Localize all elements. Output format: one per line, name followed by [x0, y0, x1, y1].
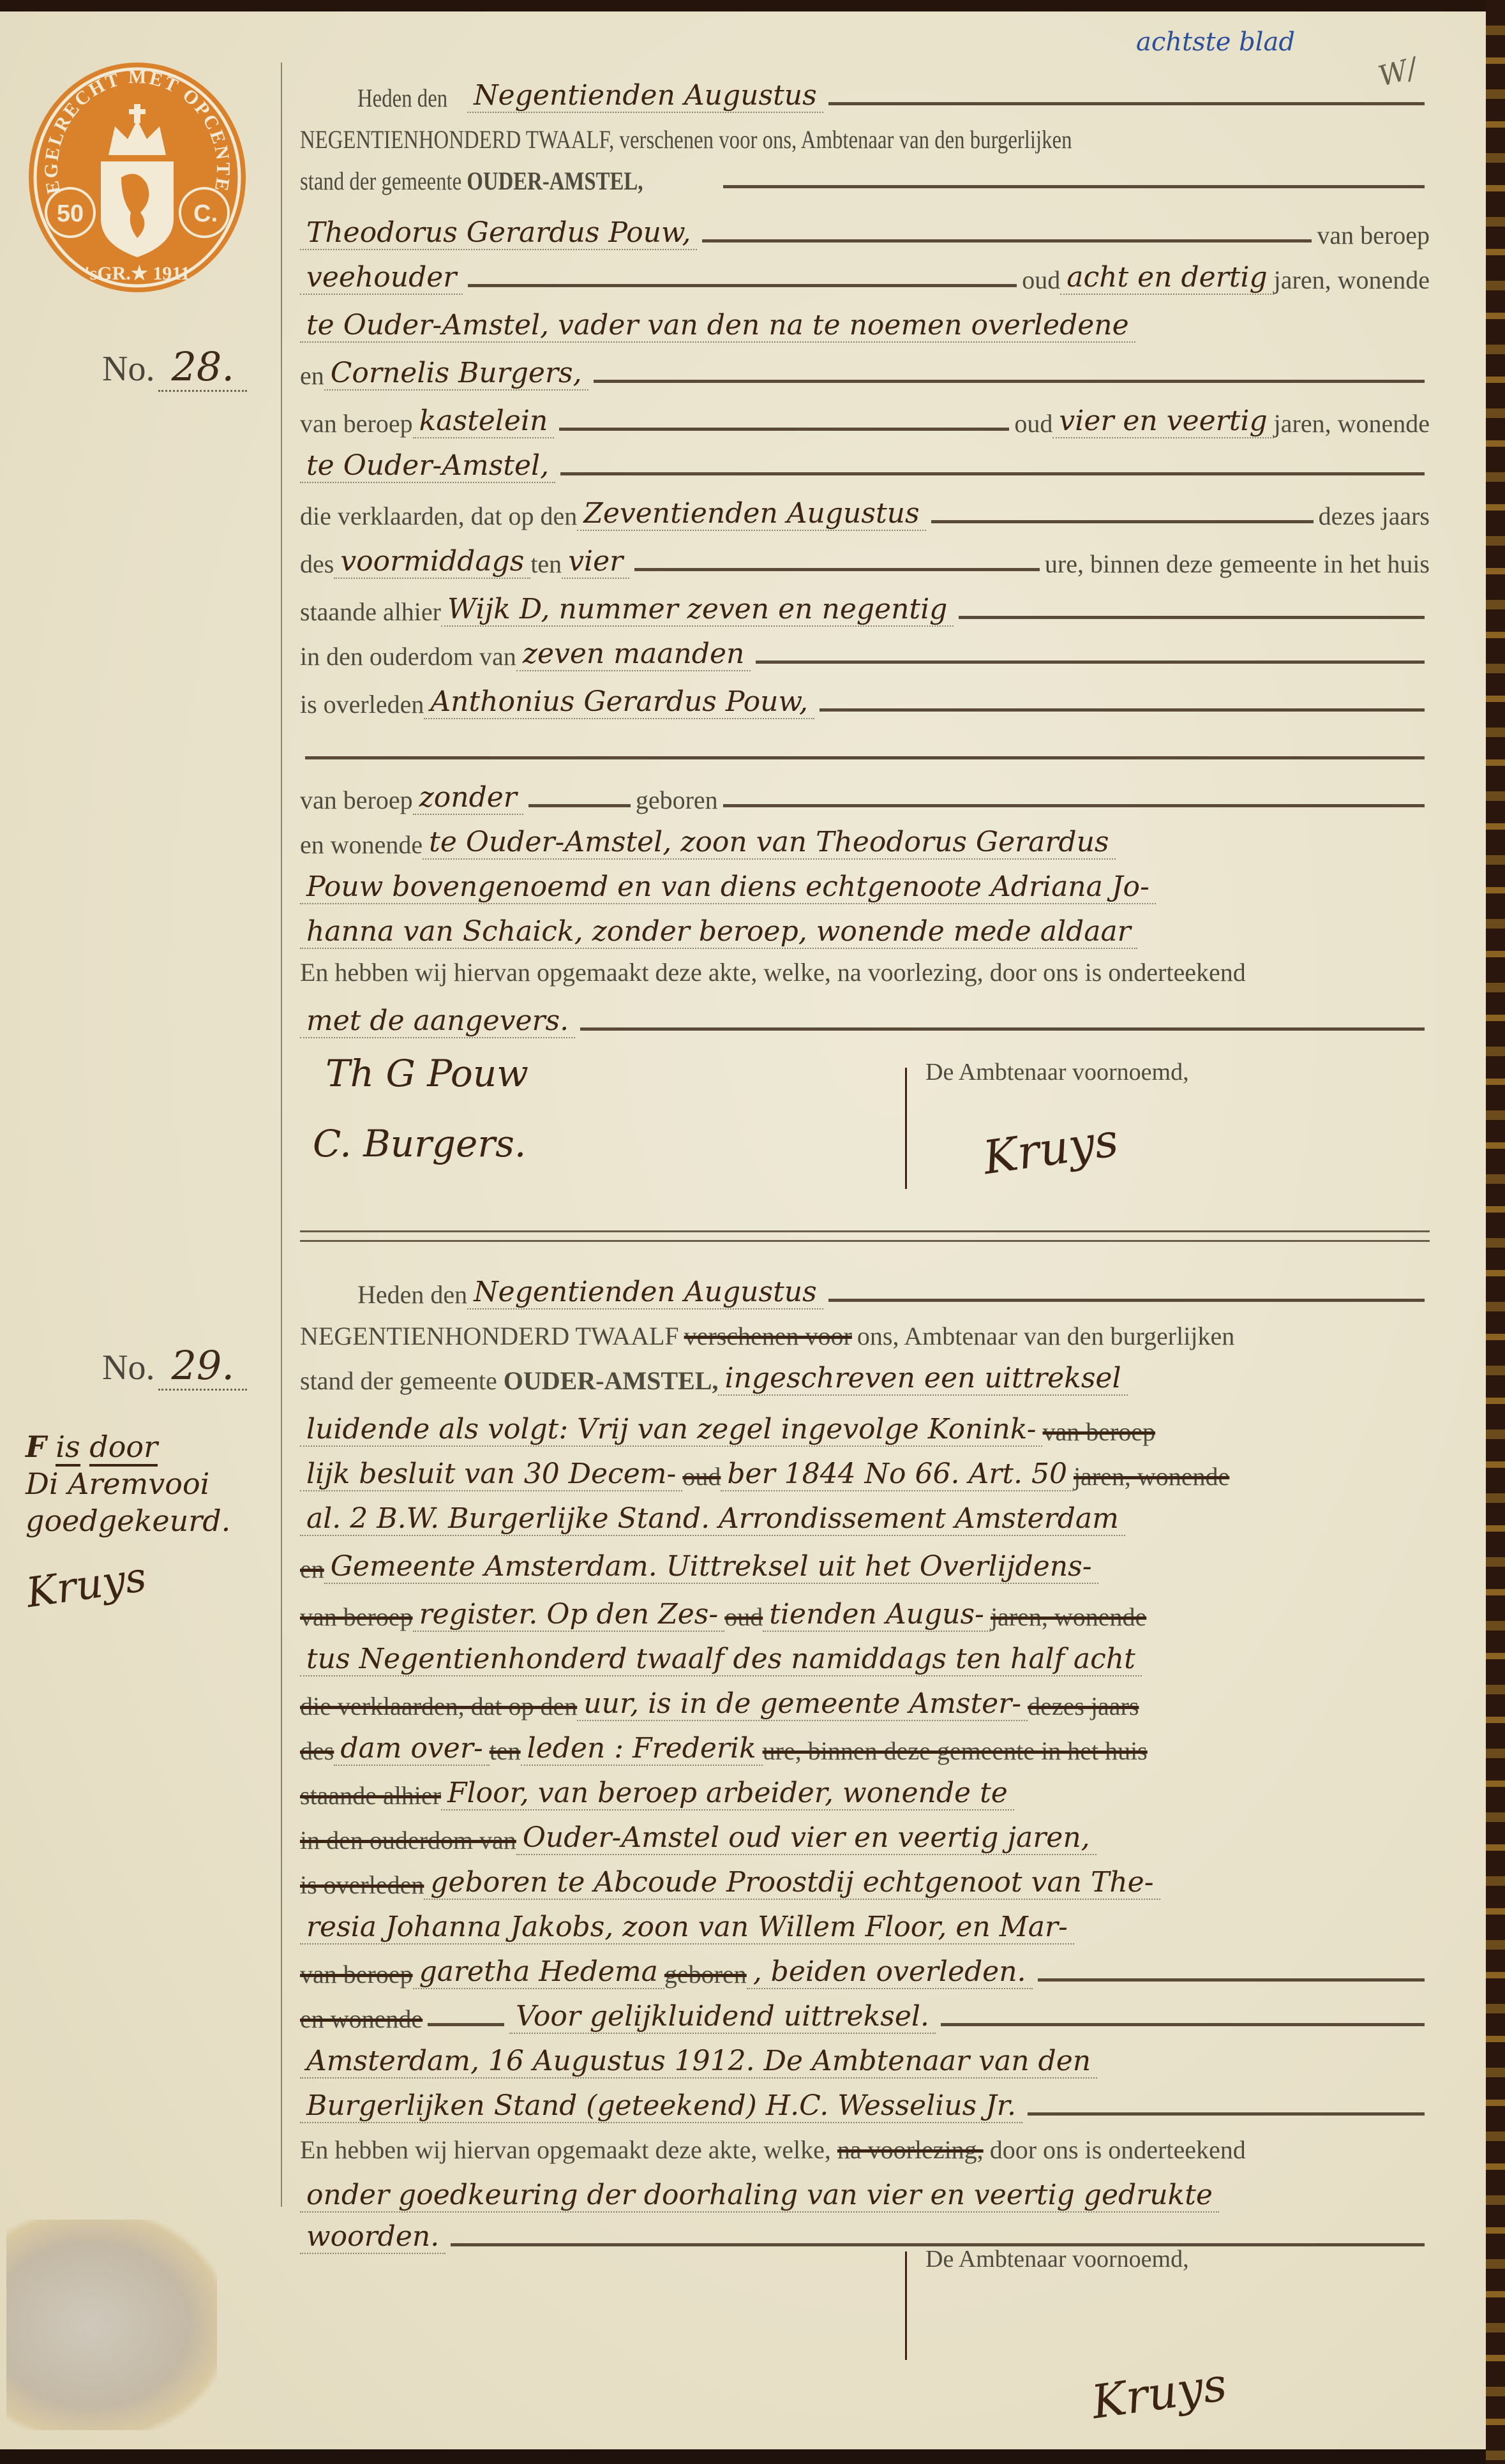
printed-text: oud	[1022, 265, 1060, 295]
printed-text: staande alhier	[300, 597, 441, 627]
r2-line-5: lijk besluit van 30 Decem- oud ber 1844 …	[300, 1444, 1430, 1491]
r2-line-gemeente: stand der gemeente OUDER-AMSTEL, ingesch…	[300, 1348, 1430, 1396]
fill-line	[305, 756, 1425, 759]
document-page: achtste blad W/ ZEGELRECHT MET OPCENTEN …	[0, 11, 1486, 2449]
record-number-28: No.28.	[102, 343, 247, 390]
r2-line-closing: En hebben wij hiervan opgemaakt deze akt…	[300, 2117, 1430, 2165]
struck-text: jaren, wonende	[1074, 1461, 1229, 1491]
r2-line-19: Burgerlijken Stand (geteekend) H.C. Wess…	[300, 2076, 1430, 2123]
handwritten-deceased-name: leden : Frederik	[521, 1732, 763, 1766]
printed-text: ons, Ambtenaar van den burgerlijken	[857, 1321, 1234, 1351]
r2-line-12: staande alhier Floor, van beroep arbeide…	[300, 1763, 1430, 1811]
r1-line-blank	[300, 720, 1430, 767]
margin-note-signature: Kruys	[24, 1542, 269, 1612]
fill-line	[723, 804, 1425, 807]
r1-line-date-death: die verklaarden, dat op den Zeventienden…	[300, 484, 1430, 531]
folio-note: achtste blad	[1136, 27, 1295, 57]
r2-line-17: en wonende Voor gelijkluidend uittreksel…	[300, 1987, 1430, 2034]
r1-line-address: staande alhier Wijk D, nummer zeven en n…	[300, 579, 1430, 627]
fill-line	[634, 568, 1040, 571]
margin-note-line3: goedgekeurd.	[26, 1502, 268, 1539]
handwritten-occupation: zonder	[413, 781, 523, 815]
printed-text: stand der gemeente OUDER-AMSTEL,	[300, 166, 643, 196]
ambtenaar-signature: Kruys	[980, 1113, 1121, 1185]
handwritten-text: , beiden overleden.	[747, 1955, 1033, 1989]
struck-text: verschenen voor	[684, 1321, 852, 1351]
record-separator	[300, 1230, 1430, 1242]
fill-line	[1028, 2112, 1425, 2116]
struck-text: en	[300, 1554, 324, 1584]
handwritten-hour: vier	[562, 545, 629, 579]
handwritten-text: voormiddags	[334, 545, 530, 579]
handwritten-text: register. Op den Zes-	[413, 1598, 725, 1632]
printed-text: ten	[530, 549, 562, 579]
handwritten-text: luidende als volgt: Vrij van zegel ingev…	[300, 1413, 1042, 1447]
struck-text: en wonende	[300, 2004, 423, 2034]
handwritten-text: garetha Hedema	[413, 1955, 664, 1989]
handwritten-text: lijk besluit van 30 Decem-	[300, 1458, 682, 1491]
handwritten-text: uur, is in de gemeente Amster-	[577, 1687, 1028, 1721]
printed-text: NEGENTIENHONDERD TWAALF	[300, 1321, 679, 1351]
paper-tear-damage	[6, 2220, 217, 2430]
printed-text: is overleden	[300, 689, 424, 719]
handwritten-text: resia Johanna Jakobs, zoon van Willem Fl…	[300, 1911, 1074, 1945]
printed-text: jaren, wonende	[1274, 408, 1430, 438]
declarant-signature-1: Th G Pouw	[326, 1052, 528, 1095]
r2-line-16: van beroep garetha Hedema geboren , beid…	[300, 1942, 1430, 1989]
handwritten-text: Voor gelijkluidend uittreksel.	[509, 2000, 936, 2034]
printed-text: die verklaarden, dat op den	[300, 501, 577, 531]
handwritten-text: al. 2 B.W. Burgerlijke Stand. Arrondisse…	[300, 1502, 1125, 1536]
tax-stamp: ZEGELRECHT MET OPCENTEN 50 C. 'sGR.★ 191…	[26, 59, 249, 295]
handwritten-age: acht en dertig	[1060, 261, 1273, 295]
struck-text: van beroep	[300, 1959, 413, 1989]
handwritten-text: woorden.	[300, 2220, 446, 2254]
struck-text: van beroep	[1042, 1417, 1155, 1447]
binding-top-edge	[0, 0, 1505, 11]
handwritten-text: te Ouder-Amstel,	[300, 449, 555, 483]
signature-brace	[905, 2251, 907, 2360]
record-number-value: 28.	[158, 343, 247, 392]
handwritten-text: Amsterdam, 16 Augustus 1912. De Ambtenaa…	[300, 2045, 1097, 2079]
r1-line-declarant2: en Cornelis Burgers,	[300, 343, 1430, 391]
margin-note-line1: F is door	[26, 1428, 268, 1465]
record-number-29: No.29.	[102, 1342, 247, 1389]
handwritten-text: Gemeente Amsterdam. Uittreksel uit het O…	[324, 1550, 1098, 1584]
struck-text: in den ouderdom van	[300, 1825, 516, 1855]
r1-line-age: in den ouderdom van zeven maanden	[300, 624, 1430, 671]
margin-rule	[281, 63, 282, 2207]
handwritten-age: zeven maanden	[516, 638, 751, 671]
r2-line-4: luidende als volgt: Vrij van zegel ingev…	[300, 1400, 1430, 1447]
ambtenaar-signature: Kruys	[1088, 2357, 1230, 2430]
r1-line-time: des voormiddags ten vier ure, binnen dez…	[300, 532, 1430, 579]
r2-line-6: al. 2 B.W. Burgerlijke Stand. Arrondisse…	[300, 1489, 1430, 1536]
printed-text: en	[300, 361, 324, 391]
fill-line	[580, 1027, 1425, 1031]
fill-line	[723, 185, 1425, 188]
r1-line-occupation1: veehouder oud acht en dertig jaren, wone…	[300, 248, 1430, 295]
r2-line-15: resia Johanna Jakobs, zoon van Willem Fl…	[300, 1897, 1430, 1945]
handwritten-text: te Ouder-Amstel, zoon van Theodorus Gera…	[423, 826, 1115, 860]
handwritten-text: ber 1844 No 66. Art. 50	[721, 1458, 1074, 1491]
handwritten-text: geboren te Abcoude Proostdij echtgenoot …	[424, 1866, 1160, 1900]
no-label: No.	[102, 349, 154, 389]
fill-line	[528, 804, 631, 807]
fill-line	[560, 472, 1425, 475]
printed-text: stand der gemeente	[300, 1366, 497, 1396]
stamp-seal-icon: ZEGELRECHT MET OPCENTEN 50 C. 'sGR.★ 191…	[26, 59, 249, 295]
fill-line	[828, 1299, 1425, 1302]
fill-line	[594, 380, 1425, 383]
printed-text: en wonende	[300, 830, 423, 860]
handwritten-name: Theodorus Gerardus Pouw,	[300, 216, 697, 250]
handwritten-name: Cornelis Burgers,	[324, 357, 588, 391]
struck-text: des	[300, 1736, 334, 1766]
printed-text: oud	[1014, 408, 1052, 438]
r1-line-gemeente: stand der gemeente OUDER-AMSTEL,	[300, 149, 1430, 196]
signature-brace	[905, 1068, 907, 1189]
struck-text: die verklaarden, dat op den	[300, 1691, 577, 1721]
printed-text: door ons is onderteekend	[990, 2135, 1246, 2165]
handwritten-text: Pouw bovengenoemd en van diens echtgenoo…	[300, 870, 1156, 904]
struck-text: geboren	[664, 1959, 747, 1989]
r1-line-aangevers: met de aangevers.	[300, 991, 1430, 1038]
struck-text: oud	[682, 1461, 721, 1491]
struck-text: dezes jaars	[1028, 1691, 1139, 1721]
printed-text: van beroep	[300, 785, 413, 815]
fill-line	[756, 661, 1425, 664]
r2-line-10: die verklaarden, dat op den uur, is in d…	[300, 1674, 1430, 1721]
margin-note-line2: Di Aremvooi	[26, 1465, 268, 1502]
printed-municipality: OUDER-AMSTEL,	[504, 1366, 719, 1396]
handwritten-text: ingeschreven een uittreksel	[718, 1362, 1127, 1396]
ambtenaar-label: De Ambtenaar voornoemd,	[925, 2245, 1189, 2273]
r2-line-9: tus Negentienhonderd twaalf des namiddag…	[300, 1629, 1430, 1676]
struck-text: ure, binnen deze gemeente in het huis	[763, 1736, 1148, 1766]
handwritten-text: tus Negentienhonderd twaalf des namiddag…	[300, 1643, 1142, 1676]
svg-text:50: 50	[57, 200, 84, 227]
handwritten-date: Zeventienden Augustus	[577, 497, 925, 531]
r1-line-closing: En hebben wij hiervan opgemaakt deze akt…	[300, 940, 1430, 987]
handwritten-text: met de aangevers.	[300, 1004, 575, 1038]
printed-text: dezes jaars	[1319, 501, 1430, 531]
handwritten-occupation: kastelein	[413, 405, 555, 438]
book-binding-edge	[1486, 0, 1505, 2464]
printed-text: in den ouderdom van	[300, 641, 516, 671]
printed-text: van beroep	[1317, 220, 1430, 250]
handwritten-text: Floor, van beroep arbeider, wonende te	[441, 1777, 1014, 1811]
r2-line-woorden: woorden.	[300, 2207, 1430, 2254]
printed-text: jaren, wonende	[1274, 265, 1430, 295]
struck-text: is overleden	[300, 1870, 424, 1900]
r2-line-8: van beroep register. Op den Zes- oud tie…	[300, 1585, 1430, 1632]
fill-line	[702, 239, 1312, 243]
struck-text: staande alhier	[300, 1781, 441, 1811]
struck-text: jaren, wonende	[991, 1602, 1146, 1632]
r1-line-declarant1: Theodorus Gerardus Pouw, van beroep	[300, 203, 1430, 250]
margin-approval-note: F is door Di Aremvooi goedgekeurd. Kruys	[26, 1428, 268, 1595]
fill-line	[428, 2023, 504, 2026]
r1-line-heden: Heden den Negentienden Augustus	[300, 66, 1430, 113]
r1-line-occupation2: van beroep kastelein oud vier en veertig…	[300, 391, 1430, 438]
fill-line	[941, 2023, 1425, 2026]
record-number-value: 29.	[158, 1342, 247, 1391]
struck-text: ten	[490, 1736, 521, 1766]
handwritten-text: dam over-	[334, 1732, 489, 1766]
struck-text: oud	[724, 1602, 763, 1632]
printed-text: geboren	[636, 785, 718, 815]
fill-line	[820, 708, 1425, 712]
fill-line	[559, 428, 1009, 431]
handwritten-age: vier en veertig	[1052, 405, 1273, 438]
handwritten-text: Ouder-Amstel oud vier en veertig jaren,	[516, 1821, 1097, 1855]
r1-line-residence2: te Ouder-Amstel,	[300, 436, 1430, 483]
printed-text: van beroep	[300, 408, 413, 438]
r2-line-18: Amsterdam, 16 Augustus 1912. De Ambtenaa…	[300, 2031, 1430, 2079]
handwritten-text: tienden Augus-	[763, 1598, 991, 1632]
r1-line-parents1: en wonende te Ouder-Amstel, zoon van The…	[300, 812, 1430, 860]
printed-text: ure, binnen deze gemeente in het huis	[1045, 549, 1430, 579]
struck-text: na voorlezing,	[837, 2135, 984, 2165]
r2-line-14: is overleden geboren te Abcoude Proostdi…	[300, 1853, 1430, 1900]
r1-line-deceased: is overleden Anthonius Gerardus Pouw,	[300, 672, 1430, 719]
fill-line	[959, 616, 1425, 619]
ambtenaar-label: De Ambtenaar voornoemd,	[925, 1058, 1189, 1086]
printed-text: En hebben wij hiervan opgemaakt deze akt…	[300, 2135, 831, 2165]
fill-line	[1038, 1978, 1425, 1982]
r2-line-11: des dam over- ten leden : Frederik ure, …	[300, 1719, 1430, 1766]
fill-line	[931, 520, 1314, 523]
handwritten-deceased-name: Anthonius Gerardus Pouw,	[424, 685, 814, 719]
r2-line-year: NEGENTIENHONDERD TWAALF verschenen voor …	[300, 1304, 1430, 1351]
handwritten-address: Wijk D, nummer zeven en negentig	[441, 593, 954, 627]
r1-line-occupation-deceased: van beroep zonder geboren	[300, 768, 1430, 815]
svg-text:'sGR.★ 1911: 'sGR.★ 1911	[84, 263, 190, 284]
printed-text: En hebben wij hiervan opgemaakt deze akt…	[300, 957, 1246, 987]
no-label: No.	[102, 1348, 154, 1387]
r2-line-7: en Gemeente Amsterdam. Uittreksel uit he…	[300, 1537, 1430, 1584]
svg-text:C.: C.	[193, 200, 218, 227]
declarant-signature-2: C. Burgers.	[313, 1122, 526, 1165]
r1-line-residence1: te Ouder-Amstel, vader van den na te noe…	[300, 295, 1430, 343]
fill-line	[828, 102, 1425, 105]
r2-line-approval: onder goedkeuring der doorhaling van vie…	[300, 2165, 1430, 2213]
fill-line	[468, 284, 1017, 287]
r2-line-heden: Heden den Negentienden Augustus	[300, 1262, 1430, 1310]
r1-line-year: NEGENTIENHONDERD TWAALF, verschenen voor…	[300, 107, 1430, 154]
r1-line-parents2: Pouw bovengenoemd en van diens echtgenoo…	[300, 857, 1430, 904]
handwritten-text: te Ouder-Amstel, vader van den na te noe…	[300, 309, 1135, 343]
printed-text: des	[300, 549, 334, 579]
handwritten-occupation: veehouder	[300, 261, 463, 295]
r2-line-13: in den ouderdom van Ouder-Amstel oud vie…	[300, 1808, 1430, 1855]
struck-text: van beroep	[300, 1602, 413, 1632]
